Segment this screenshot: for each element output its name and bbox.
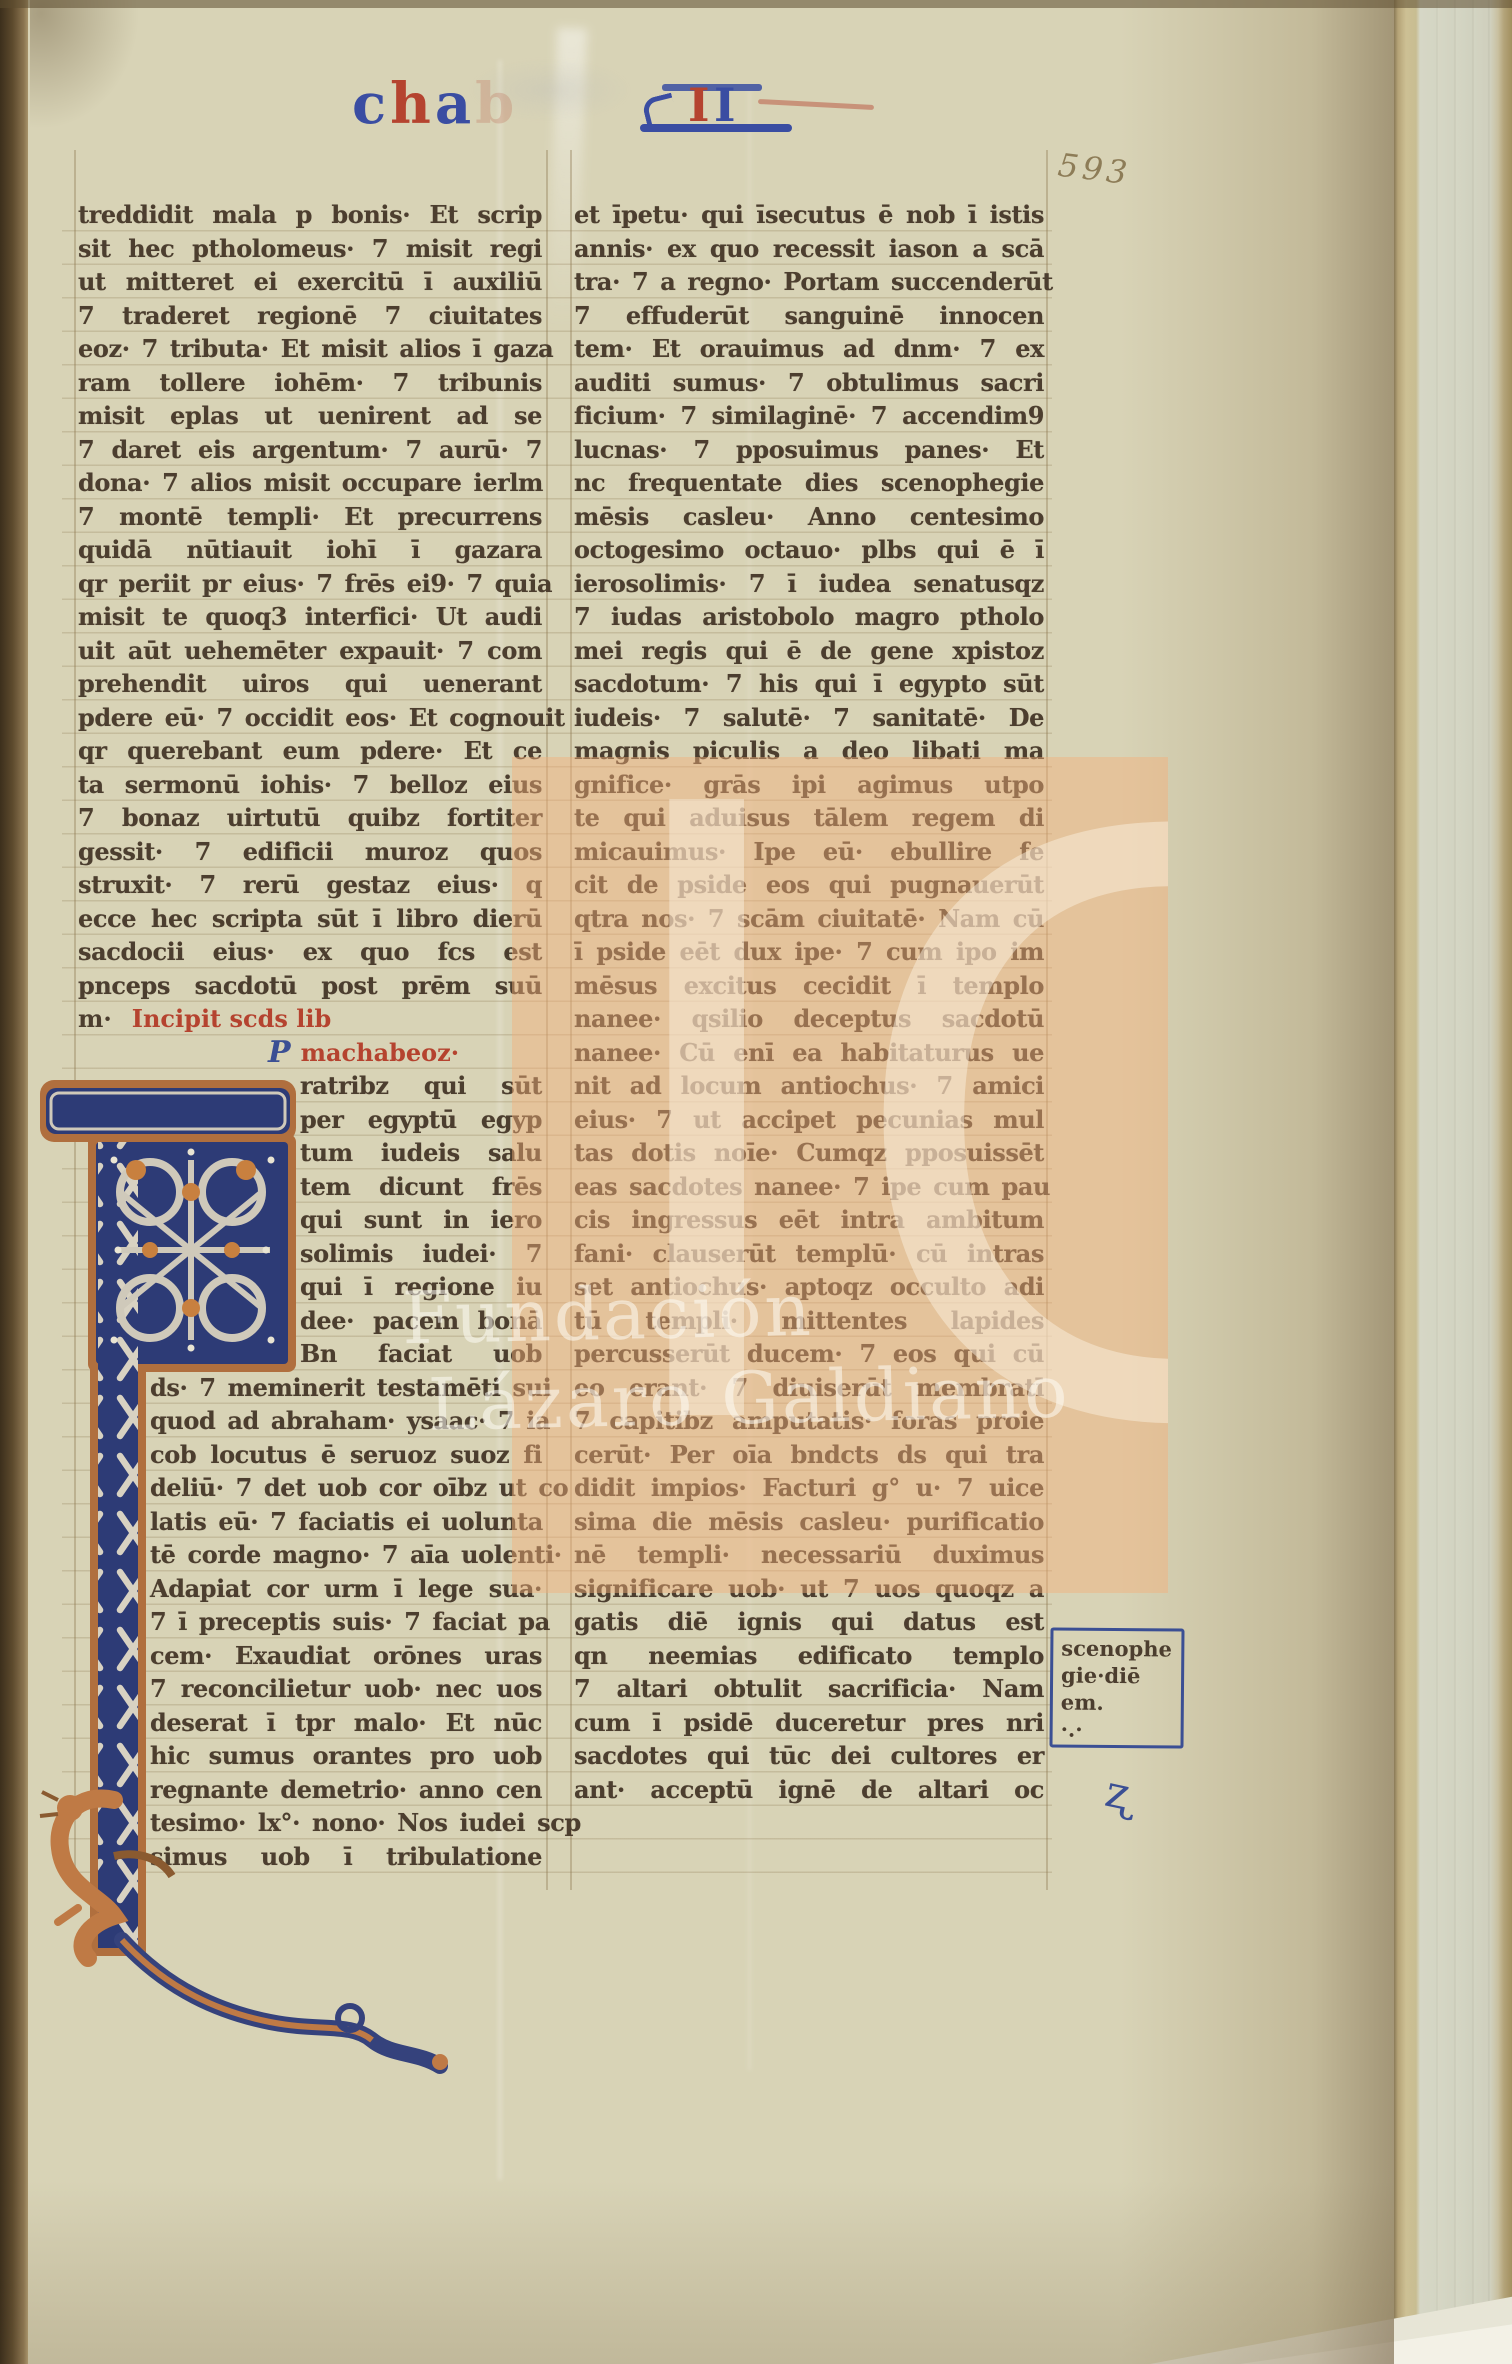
margin-correction-note: scenophegie·diēem.·.· (1049, 1627, 1184, 1748)
manuscript-text-line: ut mitteret ei exercitū ī auxiliū (78, 265, 542, 299)
manuscript-text-line: scenophe (1061, 1635, 1179, 1663)
manuscript-text-line: ram tollere iohēm· 7 tribunis (78, 366, 542, 400)
manuscript-text-line: ant· acceptū ignē de altari oc (574, 1773, 1044, 1807)
manuscript-text-line: uit aūt uehemēter expauit· 7 com (78, 634, 542, 668)
manuscript-text-line: misit te quoq3 interfici· Ut audi (78, 600, 542, 634)
numeral-flourish-curl (641, 93, 678, 129)
manuscript-text-line: mēsis casleu· Anno centesimo (574, 500, 1044, 534)
manuscript-text-line: ta sermonū iohis· 7 belloz eius (78, 768, 542, 802)
manuscript-text-line: nc frequentate dies scenophegie (574, 466, 1044, 500)
manuscript-text-line: 7 bonaz uirtutū quibz fortiter (78, 801, 542, 835)
manuscript-text-line: annis· ex quo recessit iason a scā (574, 232, 1044, 266)
manuscript-text-line: 7 daret eis argentum· 7 aurū· 7 (78, 433, 542, 467)
manuscript-text-line: ·.· (1061, 1716, 1179, 1744)
manuscript-text-line: qn neemias edificato templo (574, 1639, 1044, 1673)
manuscript-text-line: mei regis qui ē de gene xpistoz (574, 634, 1044, 668)
manuscript-text-line: qr querebant eum pdere· Et ce (78, 734, 542, 768)
explicit-text: m· (78, 1002, 112, 1036)
manuscript-text-line: qr periit pr eius· 7 frēs ei9· 7 quia (78, 567, 542, 601)
photo-top-edge (0, 0, 1512, 8)
manuscript-text-line: gie·diē (1061, 1662, 1179, 1690)
manuscript-text-line: em. (1061, 1689, 1179, 1717)
manuscript-text-line: dona· 7 alios misit occupare ierlm (78, 466, 542, 500)
manuscript-text-line: sacdotum· 7 his qui ī egypto sūt (574, 667, 1044, 701)
manuscript-text-line: et īpetu· qui īsecutus ē nob ī istis (574, 198, 1044, 232)
manuscript-text-line: ierosolimis· 7 ī iudea senatusqz (574, 567, 1044, 601)
manuscript-text-line: 7 montē templi· Et precurrens (78, 500, 542, 534)
left-column-part1: treddidit mala p bonis· Et scripsit hec … (78, 198, 542, 1002)
page-bottom-shadow (28, 2180, 1394, 2364)
manuscript-text-line: 7 traderet regionē 7 ciuitates (78, 299, 542, 333)
initial-stem-x-pattern (98, 1142, 138, 1948)
page-stack-fore-edge (1394, 0, 1512, 2364)
manuscript-text-line: 7 effuderūt sanguinē innocen (574, 299, 1044, 333)
manuscript-text-line: pdere eū· 7 occidit eos· Et cognouit (78, 701, 542, 735)
book-numeral-II: I I (640, 80, 810, 136)
manuscript-text-line: prehendit uiros qui uenerant (78, 667, 542, 701)
manuscript-text-line: treddidit mala p bonis· Et scrip (78, 198, 542, 232)
running-title: chab (352, 76, 518, 132)
manuscript-text-line: 7 altari obtulit sacrificia· Nam (574, 1672, 1044, 1706)
explicit-incipit-line: m· Incipit scds lib (78, 1002, 542, 1036)
marginal-tail-flourish (122, 1940, 448, 2070)
running-title-letter: h (390, 71, 435, 137)
manuscript-text-line: quidā nūtiauit iohī ī gazara (78, 533, 542, 567)
manuscript-text-line: tem· Et orauimus ad dnm· 7 ex (574, 332, 1044, 366)
corner-stain (30, 0, 140, 130)
manuscript-text-line: misit eplas ut uenirent ad se (78, 399, 542, 433)
watermark-text-line1: Fundación (401, 1268, 814, 1361)
manuscript-text-line: gessit· 7 edificii muroz quos (78, 835, 542, 869)
manuscript-text-line: octogesimo octauo· plbs qui ē ī (574, 533, 1044, 567)
manuscript-photo: chab I I 593 treddidit mala p bonis· Et … (0, 0, 1512, 2364)
manuscript-text-line: 7 iudas aristobolo magro ptholo (574, 600, 1044, 634)
watermark-overlay: lG (512, 757, 1168, 1593)
manuscript-text-line: ficium· 7 similaginē· 7 accendim9 (574, 399, 1044, 433)
manuscript-text-line: cum ī psidē duceretur pres nri (574, 1706, 1044, 1740)
manuscript-text-line: lucnas· 7 pposuimus panes· Et (574, 433, 1044, 467)
manuscript-text-line: ecce hec scripta sūt ī libro dierū (78, 902, 542, 936)
running-title-faded-letter: b (475, 71, 518, 137)
running-title-letter: a (435, 71, 475, 137)
manuscript-text-line: iudeis· 7 salutē· 7 sanitatē· De (574, 701, 1044, 735)
manuscript-text-line: gatis diē ignis qui datus est (574, 1605, 1044, 1639)
manuscript-text-line: eoz· 7 tributa· Et misit alios ī gaza (78, 332, 542, 366)
incipit-rubric: Incipit scds lib (132, 1002, 332, 1036)
manuscript-text-line: sit hec ptholomeus· 7 misit regi (78, 232, 542, 266)
numeral-I-red: I (688, 82, 710, 128)
numeral-top-bar (662, 84, 762, 91)
manuscript-text-line: sacdotes qui tūc dei cultores er (574, 1739, 1044, 1773)
watermark-text-line2: Lázaro Galdiano (427, 1349, 1071, 1446)
manuscript-text-line: tra· 7 a regno· Portam succenderūt (574, 265, 1044, 299)
illuminated-initial-letter: F (70, 1080, 167, 1243)
numeral-I-blue: I (714, 82, 736, 128)
manuscript-text-line: sacdocii eius· ex quo fcs est (78, 935, 542, 969)
manuscript-text-line: pnceps sacdotū post prēm suū (78, 969, 542, 1003)
manuscript-text-line: struxit· 7 rerū gestaz eius· q (78, 868, 542, 902)
manuscript-text-line: auditi sumus· 7 obtulimus sacri (574, 366, 1044, 400)
running-title-letter: c (352, 71, 390, 137)
